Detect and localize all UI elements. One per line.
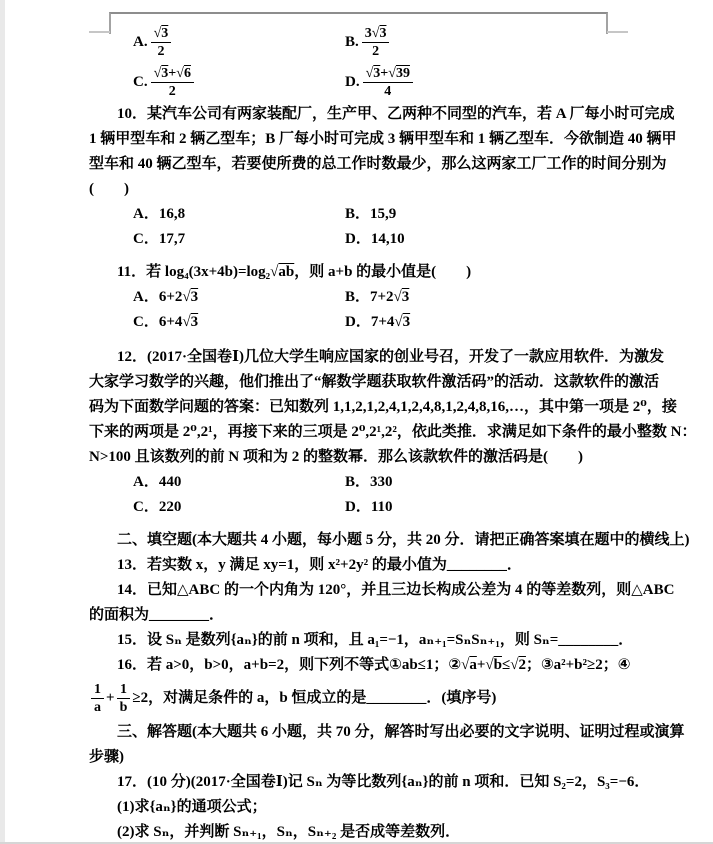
question-14: 14．已知△ABC 的一个内角为 120°，并且三边长构成公差为 4 的等差数列… [89, 578, 629, 628]
section-3-header-line-1: 三、解答题(本大题共 6 小题，共 70 分，解答时写出必要的文字说明、证明过程… [89, 720, 629, 745]
q11-options-row-cd: C．6+4√3 D．7+4√3 [89, 310, 629, 335]
option-a-label: A. [133, 30, 148, 55]
question-11: 11．若 log₄(3x+4b)=log₂√ab，则 a+b 的最小值是( ) … [89, 260, 629, 335]
q9-options-row-ab: A. √3 2 B. 3√3 2 [89, 22, 629, 62]
q10-options-row-ab: A．16,8 B．15,9 [89, 202, 629, 227]
option-d: D. √3+√39 4 [345, 65, 629, 100]
question-16: 16．若 a>0，b>0，a+b=2，则下列不等式①ab≤1；②√a+√b≤√2… [89, 653, 629, 718]
fraction: √3+√39 4 [363, 65, 413, 100]
fraction: 1 b [117, 681, 131, 716]
question-17-line-1: 17．(10 分)(2017·全国卷Ⅰ)记 Sₙ 为等比数列{aₙ}的前 n 项… [89, 770, 629, 795]
option-b: B. 3√3 2 [345, 25, 629, 60]
option-c-label: C. [133, 70, 148, 95]
question-12-line-5: N>100 且该数列的前 N 项和为 2 的整数幂．那么该款软件的激活码是( ) [89, 445, 629, 470]
option-d-label: D. [345, 70, 360, 95]
question-12-line-4: 下来的两项是 2⁰,2¹，再接下来的三项是 2⁰,2¹,2²，依此类推．求满足如… [89, 420, 629, 445]
option-c: C．6+4√3 [133, 310, 345, 335]
q12-options-row-cd: C．220 D．110 [89, 495, 629, 520]
option-b: B．330 [345, 470, 629, 495]
question-16-line-2: 1 a + 1 b ≥2，对满足条件的 a，b 恒成立的是________．(填… [89, 678, 629, 718]
window-left-edge [0, 0, 5, 844]
question-12-line-1: 12．(2017·全国卷Ⅰ)几位大学生响应国家的创业号召，开发了一款应用软件．为… [89, 345, 629, 370]
plus-sign: + [106, 686, 115, 711]
fraction: √3+√6 2 [151, 65, 194, 100]
q11-options-row-ab: A．6+2√3 B．7+2√3 [89, 285, 629, 310]
question-16-line-2-text: ≥2，对满足条件的 a，b 恒成立的是________．(填序号) [132, 686, 496, 711]
question-12: 12．(2017·全国卷Ⅰ)几位大学生响应国家的创业号召，开发了一款应用软件．为… [89, 345, 629, 520]
question-10-line-1: 10．某汽车公司有两家装配厂，生产甲、乙两种不同型的汽车，若 A 厂每小时可完成 [89, 102, 629, 127]
option-b-label: B. [345, 30, 359, 55]
option-c: C. √3+√6 2 [133, 65, 345, 100]
q9-options-row-cd: C. √3+√6 2 D. √3+√39 4 [89, 62, 629, 102]
question-16-line-1: 16．若 a>0，b>0，a+b=2，则下列不等式①ab≤1；②√a+√b≤√2… [89, 653, 629, 678]
question-17: 17．(10 分)(2017·全国卷Ⅰ)记 Sₙ 为等比数列{aₙ}的前 n 项… [89, 770, 629, 844]
question-14-line-1: 14．已知△ABC 的一个内角为 120°，并且三边长构成公差为 4 的等差数列… [89, 578, 629, 603]
question-12-line-3: 码为下面数学问题的答案：已知数列 1,1,2,1,2,4,1,2,4,8,1,2… [89, 395, 629, 420]
exam-document-content: A. √3 2 B. 3√3 2 C. √3+√6 2 D. √3+√39 [89, 12, 629, 844]
question-10-line-3: 型车和 40 辆乙型车，若要使所费的总工作时数最少，那么这两家工厂工作的时间分别… [89, 152, 629, 177]
option-d: D．110 [345, 495, 629, 520]
question-10-line-2: 1 辆甲型车和 2 辆乙型车；B 厂每小时可完成 3 辆甲型车和 1 辆乙型车．… [89, 127, 629, 152]
q12-options-row-ab: A．440 B．330 [89, 470, 629, 495]
option-b: B．15,9 [345, 202, 629, 227]
question-10-line-4: ( ) [89, 177, 629, 202]
section-3-solutions-header: 三、解答题(本大题共 6 小题，共 70 分，解答时写出必要的文字说明、证明过程… [89, 720, 629, 770]
q10-options-row-cd: C．17,7 D．14,10 [89, 227, 629, 252]
option-c: C．220 [133, 495, 345, 520]
question-14-line-2: 的面积为________． [89, 603, 629, 628]
question-10: 10．某汽车公司有两家装配厂，生产甲、乙两种不同型的汽车，若 A 厂每小时可完成… [89, 102, 629, 252]
question-11-line-1: 11．若 log₄(3x+4b)=log₂√ab，则 a+b 的最小值是( ) [89, 260, 629, 285]
option-c: C．17,7 [133, 227, 345, 252]
document-page: { "colors":{ "page_bg":"#ffffff", "edge_… [0, 0, 713, 844]
option-d: D．7+4√3 [345, 310, 629, 335]
fraction: 3√3 2 [362, 25, 390, 60]
option-b: B．7+2√3 [345, 285, 629, 310]
question-13: 13．若实数 x，y 满足 xy=1，则 x²+2y² 的最小值为_______… [89, 553, 629, 578]
section-2-fill-in-blanks-header: 二、填空题(本大题共 4 小题，每小题 5 分，共 20 分．请把正确答案填在题… [89, 528, 629, 553]
option-a: A．440 [133, 470, 345, 495]
question-12-line-2: 大家学习数学的兴趣，他们推出了“解数学题获取软件激活码”的活动．这款软件的激活 [89, 370, 629, 395]
question-17-part-2: (2)求 Sₙ，并判断 Sₙ₊₁，Sₙ，Sₙ₊₂ 是否成等差数列． [89, 820, 629, 844]
option-d: D．14,10 [345, 227, 629, 252]
question-15: 15．设 Sₙ 是数列{aₙ}的前 n 项和，且 a₁=−1，aₙ₊₁=SₙSₙ… [89, 628, 629, 653]
fraction: √3 2 [151, 25, 172, 60]
option-a: A．6+2√3 [133, 285, 345, 310]
option-a: A. √3 2 [133, 25, 345, 60]
question-17-part-1: (1)求{aₙ}的通项公式； [89, 795, 629, 820]
option-a: A．16,8 [133, 202, 345, 227]
section-3-header-line-2: 步骤) [89, 745, 629, 770]
fraction: 1 a [91, 681, 104, 716]
